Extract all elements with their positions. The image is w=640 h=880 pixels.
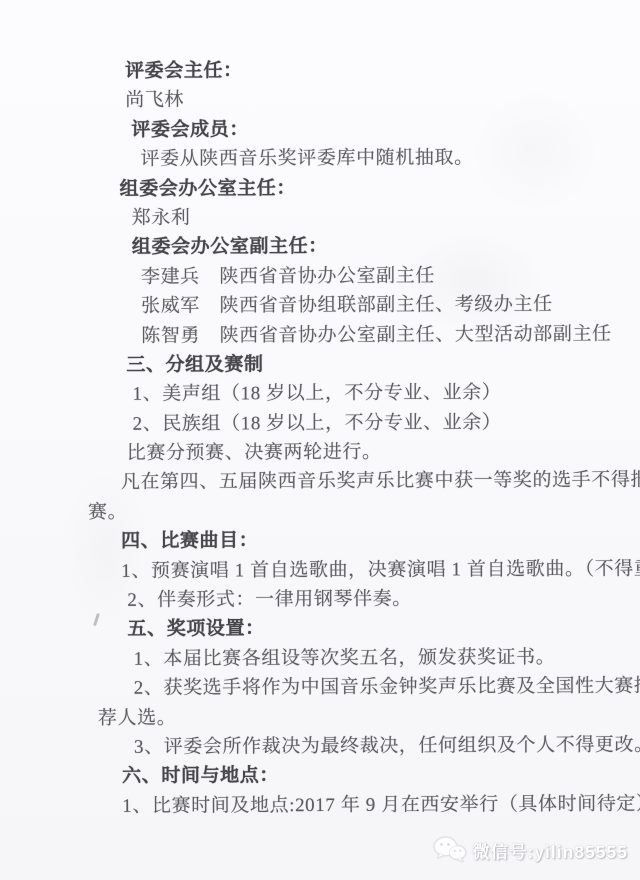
heading-office-deputy: 组委会办公室副主任： <box>87 231 617 263</box>
deputy-chen-zhiyong: 陈智勇 陕西省音协办公室副主任、大型活动部副主任 <box>87 319 617 351</box>
heading-jury-members: 评委会成员： <box>86 113 616 145</box>
document-body: 评委会主任： 尚飞林 评委会成员： 评委从陕西音乐奖评委库中随机抽取。 组委会办… <box>86 55 619 821</box>
awards-item-2-line2: 荐人选。 <box>89 701 619 733</box>
jury-director-name: 尚飞林 <box>86 84 616 116</box>
awards-item-3: 3、评委会所作裁决为最终裁决，任何组织及个人不得更改。 <box>89 731 619 763</box>
jury-members-note: 评委从陕西音乐奖评委库中随机抽取。 <box>86 143 616 175</box>
rounds-note: 比赛分预赛、决赛两轮进行。 <box>88 437 618 469</box>
heading-jury-director: 评委会主任： <box>86 55 616 87</box>
group-bel-canto: 1、美声组（18 岁以上，不分专业、业余） <box>87 378 617 410</box>
awards-item-2-line1: 2、获奖选手将作为中国音乐金钟奖声乐比赛及全国性大赛报送推 <box>89 672 619 704</box>
office-director-name: 郑永利 <box>87 202 617 234</box>
section-4-repertoire: 四、比赛曲目： <box>88 525 618 557</box>
eligibility-note-line1: 凡在第四、五届陕西音乐奖声乐比赛中获一等奖的选手不得报名参 <box>88 466 618 498</box>
wechat-id-label: 微信号:yilin85555 <box>472 839 628 864</box>
deputy-li-jianbing: 李建兵 陕西省音协办公室副主任 <box>87 260 617 292</box>
section-3-grouping: 三、分组及赛制 <box>87 349 617 381</box>
repertoire-item-2: 2、伴奏形式：一律用钢琴伴奏。 <box>88 584 618 616</box>
wechat-watermark: 微信号:yilin85555 <box>433 836 628 867</box>
time-place-item-1: 1、比赛时间及地点:2017 年 9 月在西安举行（具体时间待定）。 <box>89 789 619 821</box>
repertoire-item-1: 1、预赛演唱 1 首自选歌曲，决赛演唱 1 首自选歌曲。（不得重复） <box>88 554 618 586</box>
wechat-icon <box>433 836 467 867</box>
group-folk: 2、民族组（18 岁以上，不分专业、业余） <box>88 407 618 439</box>
section-6-time-place: 六、时间与地点： <box>89 760 619 792</box>
heading-office-director: 组委会办公室主任： <box>87 172 617 204</box>
section-5-awards: 五、奖项设置： <box>88 613 618 645</box>
deputy-zhang-weijun: 张威军 陕西省音协组联部副主任、考级办主任 <box>87 290 617 322</box>
eligibility-note-line2: 赛。 <box>88 496 618 528</box>
awards-item-1: 1、本届比赛各组设等次奖五名，颁发获奖证书。 <box>89 642 619 674</box>
